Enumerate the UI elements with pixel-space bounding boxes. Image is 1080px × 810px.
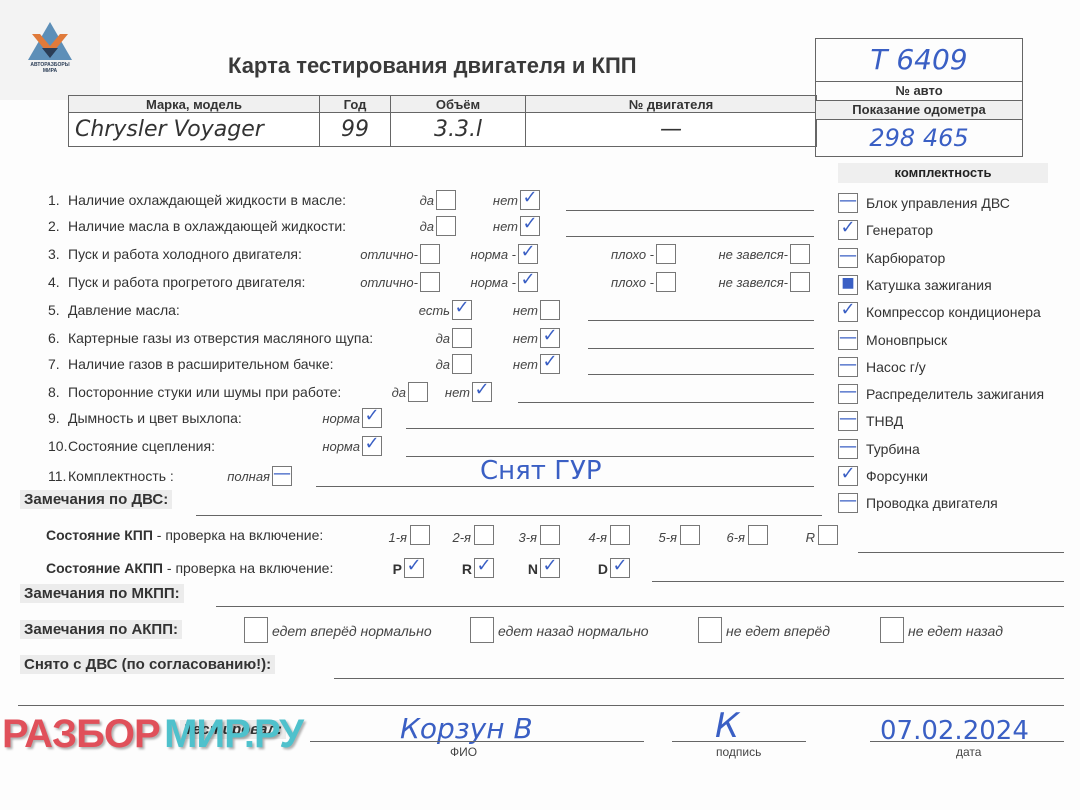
auto-gearbox-label-bold: Состояние АКПП <box>46 560 163 576</box>
gear-position-checkbox[interactable]: ✓ <box>474 558 494 578</box>
kit-checkbox[interactable]: — <box>838 439 858 459</box>
kit-checkbox[interactable]: — <box>838 248 858 268</box>
checkbox-mark: ✓ <box>363 433 381 454</box>
check-number: 8. <box>48 384 60 400</box>
option-checkbox[interactable]: ✓ <box>362 436 382 456</box>
gear-label: 6-я <box>726 530 745 545</box>
signature-caption: подпись <box>716 745 761 759</box>
option-checkbox[interactable]: ✓ <box>452 300 472 320</box>
check-label: Пуск и работа прогретого двигателя: <box>68 274 305 290</box>
gear-position-label: P <box>393 561 402 577</box>
kit-item-label: Карбюратор <box>866 250 945 266</box>
checkbox-mark: ✓ <box>521 187 539 208</box>
kit-checkbox[interactable]: ✓ <box>838 220 858 240</box>
checkbox-mark: ✓ <box>521 213 539 234</box>
option-label: нет <box>493 193 518 208</box>
option-checkbox[interactable]: ✓ <box>518 272 538 292</box>
gear-checkbox[interactable] <box>748 525 768 545</box>
option-label: да <box>420 219 434 234</box>
gear-position-label: D <box>598 561 608 577</box>
option-checkbox[interactable]: ✓ <box>520 190 540 210</box>
check-number: 2. <box>48 218 60 234</box>
name-caption: ФИО <box>450 745 477 759</box>
check-number: 7. <box>48 356 60 372</box>
gear-checkbox[interactable] <box>474 525 494 545</box>
car-info-box: T 6409 № авто Показание одометра 298 465 <box>815 38 1023 157</box>
gear-checkbox[interactable] <box>680 525 700 545</box>
odometer-label: Показание одометра <box>816 101 1022 120</box>
checkbox-mark: ✓ <box>839 463 857 484</box>
checkbox-mark: — <box>839 190 857 211</box>
checkbox-mark: ✓ <box>839 299 857 320</box>
checkbox-mark: ✓ <box>541 351 559 372</box>
col-engine-number: № двигателя <box>526 96 817 113</box>
auto-remark-checkbox[interactable] <box>470 617 494 643</box>
check-label: Посторонние стуки или шумы при работе: <box>68 384 341 400</box>
check-label: Пуск и работа холодного двигателя: <box>68 246 302 262</box>
checkbox-mark: — <box>839 490 857 511</box>
auto-remark-label: не едет вперёд <box>726 623 830 639</box>
option-label: нет <box>513 331 538 346</box>
option-checkbox[interactable] <box>452 354 472 374</box>
check-number: 9. <box>48 410 60 426</box>
checkbox-mark: ✓ <box>473 379 491 400</box>
make-model-value[interactable]: Chrysler Voyager <box>69 113 320 147</box>
brand-logo: АВТОРАЗБОРЫ МИРА <box>0 0 100 100</box>
gear-position-checkbox[interactable]: ✓ <box>404 558 424 578</box>
checkbox-mark: — <box>839 327 857 348</box>
v-logo-icon <box>28 22 72 60</box>
option-checkbox[interactable] <box>790 272 810 292</box>
option-checkbox[interactable] <box>656 244 676 264</box>
odometer-value[interactable]: 298 465 <box>816 120 1022 156</box>
manual-remarks-label: Замечания по МКПП: <box>20 584 184 603</box>
option-checkbox[interactable] <box>436 216 456 236</box>
kit-item-label: Насос г/у <box>866 359 926 375</box>
option-label: норма - <box>470 275 516 290</box>
check-number: 10. <box>48 438 67 454</box>
manual-gearbox-label-bold: Состояние КПП <box>46 527 153 543</box>
checkbox-mark: ✓ <box>363 405 381 426</box>
option-checkbox[interactable] <box>408 382 428 402</box>
option-checkbox[interactable] <box>540 300 560 320</box>
auto-remarks-label: Замечания по АКПП: <box>20 620 182 639</box>
kit-item-label: Форсунки <box>866 468 928 484</box>
check-note-field[interactable] <box>518 402 814 403</box>
option-label: не завелся- <box>718 275 788 290</box>
signature-line <box>672 741 806 742</box>
year-value[interactable]: 99 <box>320 113 391 147</box>
check-note-field[interactable] <box>588 374 814 375</box>
kit-item-label: Генератор <box>866 222 933 238</box>
check-label: Наличие масла в охлаждающей жидкости: <box>68 218 346 234</box>
checkbox-mark: ✓ <box>541 555 559 576</box>
check-note-field[interactable] <box>316 486 814 487</box>
check-note-field[interactable] <box>406 456 814 457</box>
option-label: нет <box>493 219 518 234</box>
checkbox-mark: ✓ <box>453 297 471 318</box>
option-checkbox[interactable]: ✓ <box>362 408 382 428</box>
date-line <box>870 741 1064 742</box>
kit-checkbox[interactable]: — <box>838 357 858 377</box>
check-number: 1. <box>48 192 60 208</box>
option-label: плохо - <box>611 275 654 290</box>
auto-remark-label: не едет назад <box>908 623 1003 639</box>
check-number: 6. <box>48 330 60 346</box>
signature[interactable]: К <box>715 706 739 746</box>
gear-checkbox[interactable] <box>540 525 560 545</box>
option-checkbox[interactable] <box>790 244 810 264</box>
option-checkbox[interactable]: ✓ <box>540 328 560 348</box>
car-number-label: № авто <box>816 82 1022 101</box>
engine-remarks-label: Замечания по ДВС: <box>20 490 172 509</box>
checkbox-mark: ✓ <box>541 325 559 346</box>
check-note-field[interactable] <box>406 428 814 429</box>
engine-remarks-field[interactable] <box>196 515 822 516</box>
auto-remark-checkbox[interactable] <box>698 617 722 643</box>
option-label: да <box>436 357 450 372</box>
checkbox-mark: — <box>839 408 857 429</box>
gear-position-label: N <box>528 561 538 577</box>
checkbox-mark: ✓ <box>405 555 423 576</box>
kit-item-label: Турбина <box>866 441 920 457</box>
option-checkbox[interactable] <box>420 272 440 292</box>
check-note-field[interactable] <box>566 210 814 211</box>
option-label: отлично- <box>360 275 418 290</box>
kit-checkbox[interactable]: ✓ <box>838 302 858 322</box>
logo-line2: МИРА <box>0 68 100 74</box>
check-label: Картерные газы из отверстия масляного щу… <box>68 330 373 346</box>
auto-remark-checkbox[interactable] <box>880 617 904 643</box>
checkbox-mark: — <box>839 381 857 402</box>
option-checkbox[interactable]: ✓ <box>518 244 538 264</box>
option-checkbox[interactable]: ✓ <box>520 216 540 236</box>
option-checkbox[interactable]: — <box>272 466 292 486</box>
manual-gearbox-note-field[interactable] <box>858 552 1064 553</box>
check-number: 3. <box>48 246 60 262</box>
kit-item-label: ТНВД <box>866 413 903 429</box>
col-year: Год <box>320 96 391 113</box>
gear-label: R <box>806 530 815 545</box>
kit-checkbox[interactable]: — <box>838 330 858 350</box>
removed-field[interactable] <box>334 678 1064 679</box>
checkbox-mark: — <box>839 436 857 457</box>
option-checkbox[interactable]: ✓ <box>472 382 492 402</box>
check-label: Дымность и цвет выхлопа: <box>68 410 242 426</box>
gear-label: 1-я <box>388 530 407 545</box>
auto-gearbox-label: Состояние АКПП - проверка на включение: <box>46 560 333 576</box>
gear-position-checkbox[interactable]: ✓ <box>540 558 560 578</box>
option-checkbox[interactable] <box>420 244 440 264</box>
check-label: Комплектность : <box>68 468 174 484</box>
kit-item-label: Блок управления ДВС <box>866 195 1010 211</box>
checkbox-mark: ✓ <box>519 241 537 262</box>
completeness-title: комплектность <box>838 163 1048 183</box>
option-label: нет <box>513 357 538 372</box>
kit-item-label: Распределитель зажигания <box>866 386 1044 402</box>
gear-checkbox[interactable] <box>818 525 838 545</box>
option-label: норма <box>322 439 360 454</box>
option-label: да <box>420 193 434 208</box>
watermark-part2: МИР.РУ <box>164 712 303 756</box>
kit-checkbox[interactable]: ✓ <box>838 466 858 486</box>
check-label: Наличие газов в расширительном бачке: <box>68 356 334 372</box>
check-note-field[interactable] <box>588 348 814 349</box>
option-label: есть <box>419 303 450 318</box>
volume-value[interactable]: 3.3.l <box>391 113 526 147</box>
gear-label: 3-я <box>518 530 537 545</box>
option-label: норма <box>322 411 360 426</box>
check-label: Давление масла: <box>68 302 180 318</box>
checkbox-mark: — <box>839 245 857 266</box>
kit-checkbox[interactable]: ■ <box>838 275 858 295</box>
name-line <box>310 741 644 742</box>
auto-remark-label: едет назад нормально <box>498 623 649 639</box>
option-label: нет <box>513 303 538 318</box>
check-number: 11. <box>48 468 66 484</box>
checkbox-mark: ■ <box>839 275 857 291</box>
checkbox-mark: ✓ <box>839 217 857 238</box>
check-number: 4. <box>48 274 60 290</box>
gear-checkbox[interactable] <box>610 525 630 545</box>
checkbox-mark: ✓ <box>611 555 629 576</box>
option-label: полная <box>227 469 270 484</box>
kit-checkbox[interactable]: — <box>838 411 858 431</box>
kit-checkbox[interactable]: — <box>838 384 858 404</box>
gear-label: 5-я <box>658 530 677 545</box>
vehicle-info-table: Марка, модель Год Объём № двигателя Chry… <box>68 95 817 147</box>
kit-item-label: Катушка зажигания <box>866 277 992 293</box>
option-checkbox[interactable] <box>436 190 456 210</box>
manual-gearbox-label: Состояние КПП - проверка на включение: <box>46 527 323 543</box>
option-label: плохо - <box>611 247 654 262</box>
watermark: РАЗБОР МИР.РУ <box>2 712 303 757</box>
kit-item-label: Проводка двигателя <box>866 495 998 511</box>
checkbox-mark: ✓ <box>519 269 537 290</box>
option-label: да <box>436 331 450 346</box>
check-note-field[interactable] <box>588 320 814 321</box>
check-label: Наличие охлаждающей жидкости в масле: <box>68 192 346 208</box>
auto-gearbox-label-rest: - проверка на включение: <box>163 560 333 576</box>
manual-gearbox-label-rest: - проверка на включение: <box>153 527 323 543</box>
date-caption: дата <box>956 745 981 759</box>
check-note-field[interactable] <box>566 236 814 237</box>
engine-number-value[interactable]: — <box>526 113 817 147</box>
auto-remark-checkbox[interactable] <box>244 617 268 643</box>
watermark-part1: РАЗБОР <box>2 712 160 756</box>
option-checkbox[interactable]: ✓ <box>540 354 560 374</box>
kit-checkbox[interactable]: — <box>838 493 858 513</box>
checkbox-mark: — <box>273 463 291 484</box>
option-label: да <box>392 385 406 400</box>
option-label: норма - <box>470 247 516 262</box>
gear-label: 2-я <box>452 530 471 545</box>
check-label: Состояние сцепления: <box>68 438 215 454</box>
kit-checkbox[interactable]: — <box>838 193 858 213</box>
check-note-value[interactable]: Снят ГУР <box>480 456 602 486</box>
gear-position-checkbox[interactable]: ✓ <box>610 558 630 578</box>
gear-label: 4-я <box>588 530 607 545</box>
checkbox-mark: ✓ <box>475 555 493 576</box>
removed-label: Снято с ДВС (по согласованию!): <box>20 655 275 674</box>
option-label: отлично- <box>360 247 418 262</box>
check-number: 5. <box>48 302 60 318</box>
gear-position-label: R <box>462 561 472 577</box>
manual-remarks-field[interactable] <box>216 606 1064 607</box>
auto-remark-label: едет вперёд нормально <box>272 623 432 639</box>
col-volume: Объём <box>391 96 526 113</box>
option-label: не завелся- <box>718 247 788 262</box>
option-checkbox[interactable] <box>656 272 676 292</box>
option-checkbox[interactable] <box>452 328 472 348</box>
removed-field-2[interactable] <box>18 705 1064 706</box>
page-title: Карта тестирования двигателя и КПП <box>228 53 637 79</box>
gear-checkbox[interactable] <box>410 525 430 545</box>
col-make-model: Марка, модель <box>69 96 320 113</box>
kit-item-label: Моновпрыск <box>866 332 947 348</box>
kit-item-label: Компрессор кондиционера <box>866 304 1041 320</box>
option-label: нет <box>445 385 470 400</box>
auto-gearbox-note-field[interactable] <box>652 581 1064 582</box>
checkbox-mark: — <box>839 354 857 375</box>
car-number-value[interactable]: T 6409 <box>816 39 1022 82</box>
